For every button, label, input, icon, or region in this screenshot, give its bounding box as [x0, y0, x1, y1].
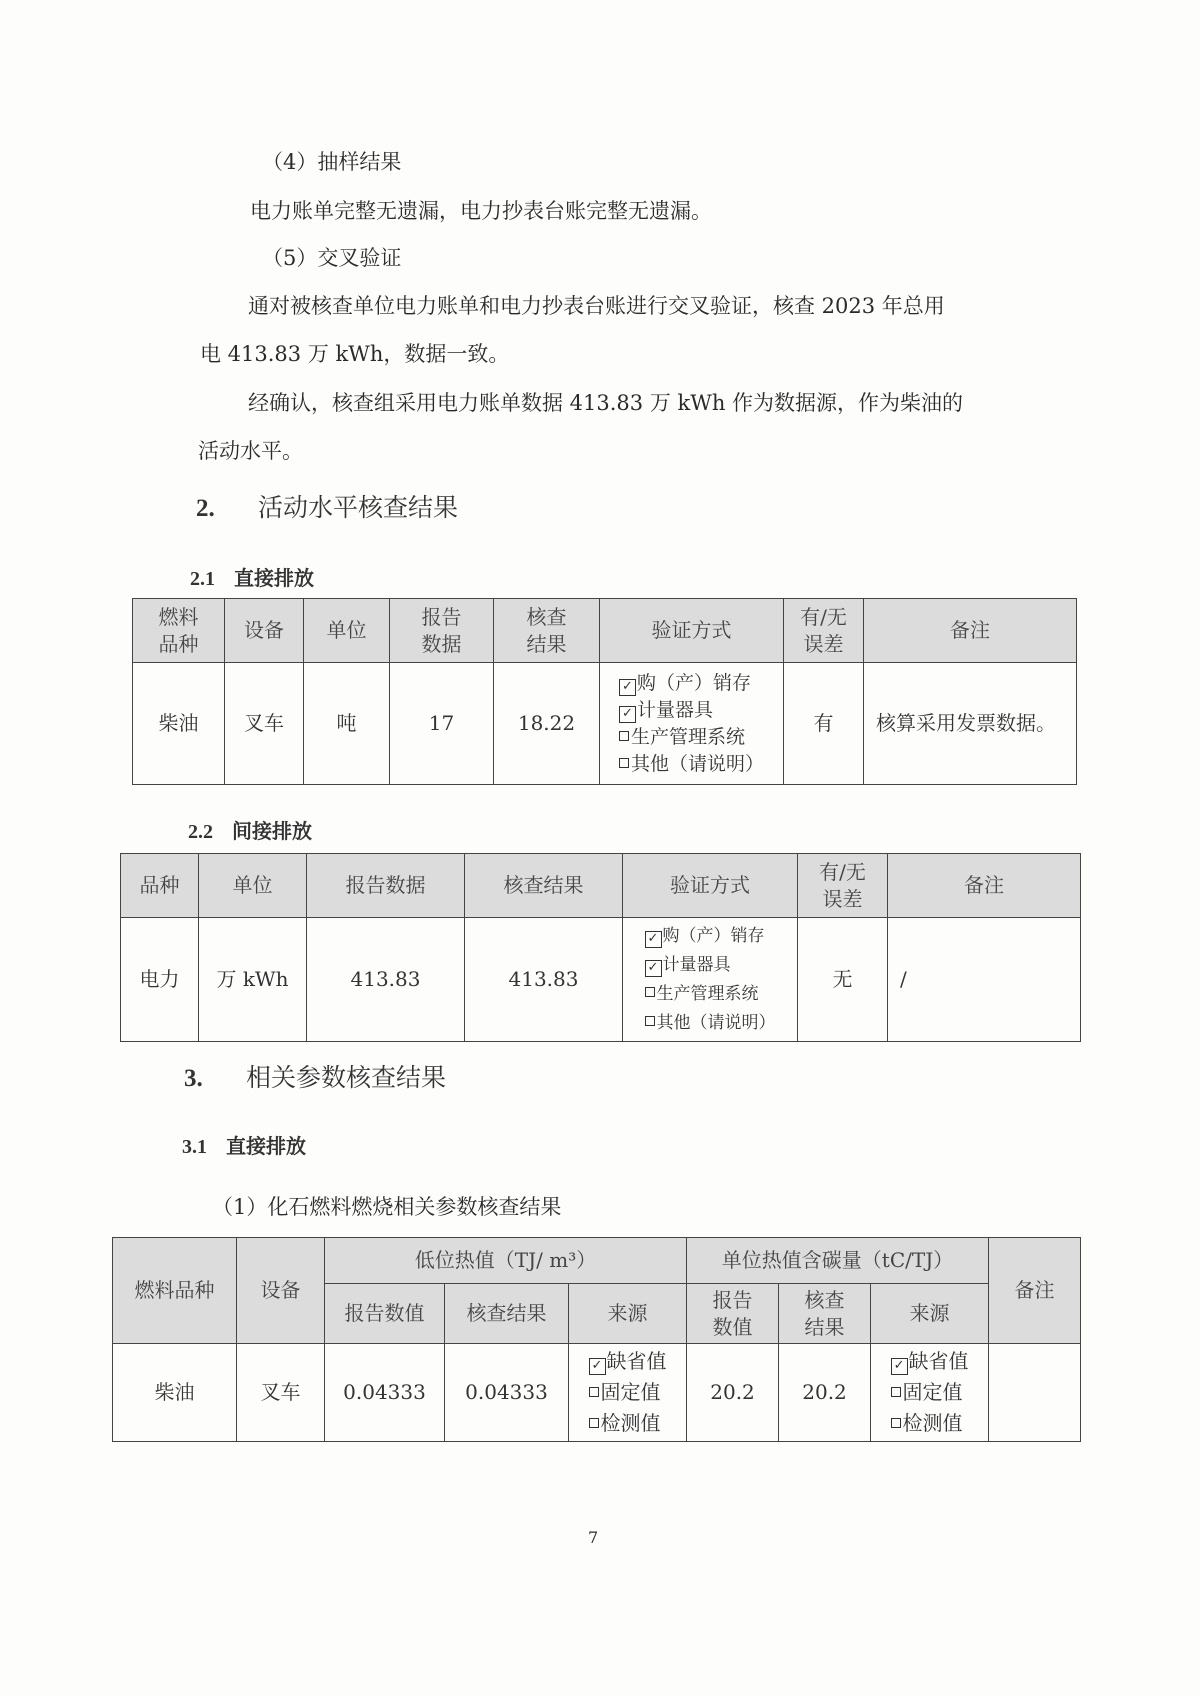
- table-header-row: 燃料品种 设备 单位 报告数据 核查结果 验证方式 有/无误差 备注: [133, 599, 1077, 663]
- subsection-title: 直接排放: [234, 566, 314, 590]
- header-fuel-type: 燃料品种: [113, 1238, 237, 1344]
- checkbox-unchecked-icon: [589, 1418, 599, 1428]
- subsection-heading-direct-emission-params: 3.1直接排放: [182, 1130, 306, 1159]
- header-reported-data: 报告数据: [390, 599, 494, 663]
- cell-cc-source: ✓缺省值 固定值 检测值: [871, 1344, 989, 1442]
- cell-reported: 413.83: [307, 918, 465, 1042]
- header-ncv-reported: 报告数值: [325, 1284, 445, 1344]
- header-verification-method: 验证方式: [600, 599, 784, 663]
- method-option: ✓购（产）销存: [645, 922, 776, 951]
- subsection-number: 2.2: [188, 821, 232, 844]
- cell-verified: 18.22: [494, 663, 600, 785]
- cell-cc-verified: 20.2: [779, 1344, 871, 1442]
- method-option: 其他（请说明）: [619, 751, 764, 778]
- header-note: 备注: [864, 599, 1077, 663]
- header-unit: 单位: [304, 599, 390, 663]
- cell-error: 有: [784, 663, 864, 785]
- cell-verified: 413.83: [465, 918, 623, 1042]
- header-equipment: 设备: [237, 1238, 325, 1344]
- section-title: 活动水平核查结果: [258, 493, 458, 522]
- header-verification-method: 验证方式: [623, 854, 798, 918]
- header-fuel-type: 燃料品种: [133, 599, 225, 663]
- subsection-number: 2.1: [190, 568, 234, 591]
- checkbox-unchecked-icon: [645, 1016, 655, 1026]
- header-verified-result: 核查结果: [494, 599, 600, 663]
- item-heading-fossil-fuel: （1）化石燃料燃烧相关参数核查结果: [212, 1192, 561, 1222]
- cell-type: 电力: [121, 918, 199, 1042]
- cell-note: [989, 1344, 1081, 1442]
- header-cc-source: 来源: [871, 1284, 989, 1344]
- cell-methods: ✓购（产）销存 ✓计量器具 生产管理系统 其他（请说明）: [600, 663, 784, 785]
- confirmation-text-line2: 活动水平。: [198, 436, 303, 466]
- cell-ncv-verified: 0.04333: [445, 1344, 569, 1442]
- header-reported-data: 报告数据: [307, 854, 465, 918]
- header-note: 备注: [888, 854, 1081, 918]
- indirect-emission-activity-table: 品种 单位 报告数据 核查结果 验证方式 有/无误差 备注 电力 万 kWh 4…: [120, 853, 1081, 1042]
- cross-validation-text-line2: 电 413.83 万 kWh，数据一致。: [200, 339, 509, 369]
- header-unit: 单位: [199, 854, 307, 918]
- source-option: 检测值: [891, 1408, 969, 1439]
- confirmation-text-line1: 经确认，核查组采用电力账单数据 413.83 万 kWh 作为数据源，作为柴油的: [248, 388, 963, 418]
- subheading-sampling-result: （4）抽样结果: [262, 147, 401, 177]
- header-error: 有/无误差: [798, 854, 888, 918]
- header-verified-result: 核查结果: [465, 854, 623, 918]
- header-carbon-content-group: 单位热值含碳量（tC/TJ）: [687, 1238, 989, 1284]
- header-equipment: 设备: [225, 599, 304, 663]
- method-option: 生产管理系统: [645, 980, 776, 1009]
- header-cc-reported: 报告数值: [687, 1284, 779, 1344]
- header-cc-verified: 核查结果: [779, 1284, 871, 1344]
- source-option: 固定值: [589, 1377, 667, 1408]
- header-ncv-verified: 核查结果: [445, 1284, 569, 1344]
- table-row: 电力 万 kWh 413.83 413.83 ✓购（产）销存 ✓计量器具 生产管…: [121, 918, 1081, 1042]
- checkbox-unchecked-icon: [589, 1387, 599, 1397]
- header-note: 备注: [989, 1238, 1081, 1344]
- cell-error: 无: [798, 918, 888, 1042]
- cell-note: /: [888, 918, 1081, 1042]
- cell-equipment: 叉车: [225, 663, 304, 785]
- cell-ncv-source: ✓缺省值 固定值 检测值: [569, 1344, 687, 1442]
- method-option: ✓计量器具: [619, 697, 764, 724]
- method-option: ✓购（产）销存: [619, 670, 764, 697]
- source-option: 固定值: [891, 1377, 969, 1408]
- checkbox-unchecked-icon: [619, 731, 629, 741]
- fossil-fuel-parameters-table: 燃料品种 设备 低位热值（TJ/ m³） 单位热值含碳量（tC/TJ） 备注 报…: [112, 1237, 1081, 1442]
- table-header-row: 燃料品种 设备 低位热值（TJ/ m³） 单位热值含碳量（tC/TJ） 备注: [113, 1238, 1081, 1284]
- checkbox-unchecked-icon: [619, 758, 629, 768]
- cell-fuel: 柴油: [113, 1344, 237, 1442]
- source-option: ✓缺省值: [891, 1346, 969, 1377]
- cell-reported: 17: [390, 663, 494, 785]
- header-ncv-source: 来源: [569, 1284, 687, 1344]
- checkbox-checked-icon: ✓: [645, 931, 662, 948]
- method-option: ✓计量器具: [645, 951, 776, 980]
- subsection-heading-direct-emission: 2.1直接排放: [190, 562, 314, 591]
- section-number: 2.: [196, 495, 258, 523]
- cross-validation-text-line1: 通对被核查单位电力账单和电力抄表台账进行交叉验证，核查 2023 年总用: [248, 291, 945, 321]
- subsection-title: 间接排放: [232, 819, 312, 843]
- table-header-row: 品种 单位 报告数据 核查结果 验证方式 有/无误差 备注: [121, 854, 1081, 918]
- subsection-title: 直接排放: [226, 1134, 306, 1158]
- cell-note: 核算采用发票数据。: [864, 663, 1077, 785]
- checkbox-checked-icon: ✓: [619, 679, 636, 696]
- cell-unit: 万 kWh: [199, 918, 307, 1042]
- cell-ncv-reported: 0.04333: [325, 1344, 445, 1442]
- checkbox-checked-icon: ✓: [589, 1358, 606, 1375]
- page-number: 7: [588, 1528, 598, 1547]
- source-option: 检测值: [589, 1408, 667, 1439]
- checkbox-checked-icon: ✓: [645, 960, 662, 977]
- subsection-number: 3.1: [182, 1136, 226, 1159]
- checkbox-unchecked-icon: [891, 1387, 901, 1397]
- direct-emission-activity-table: 燃料品种 设备 单位 报告数据 核查结果 验证方式 有/无误差 备注 柴油 叉车…: [132, 598, 1077, 785]
- subsection-heading-indirect-emission: 2.2间接排放: [188, 815, 312, 844]
- table-row: 柴油 叉车 0.04333 0.04333 ✓缺省值 固定值 检测值 20.2 …: [113, 1344, 1081, 1442]
- cell-fuel: 柴油: [133, 663, 225, 785]
- table-row: 柴油 叉车 吨 17 18.22 ✓购（产）销存 ✓计量器具 生产管理系统 其他…: [133, 663, 1077, 785]
- section-number: 3.: [184, 1065, 246, 1093]
- section-heading-activity-level: 2.活动水平核查结果: [196, 488, 458, 524]
- cell-cc-reported: 20.2: [687, 1344, 779, 1442]
- source-option: ✓缺省值: [589, 1346, 667, 1377]
- header-ncv-group: 低位热值（TJ/ m³）: [325, 1238, 687, 1284]
- method-option: 其他（请说明）: [645, 1009, 776, 1038]
- checkbox-checked-icon: ✓: [891, 1358, 908, 1375]
- method-option: 生产管理系统: [619, 724, 764, 751]
- section-heading-parameters: 3.相关参数核查结果: [184, 1058, 446, 1094]
- checkbox-unchecked-icon: [645, 987, 655, 997]
- cell-equipment: 叉车: [237, 1344, 325, 1442]
- header-error: 有/无误差: [784, 599, 864, 663]
- sampling-result-text: 电力账单完整无遗漏，电力抄表台账完整无遗漏。: [250, 196, 712, 226]
- header-type: 品种: [121, 854, 199, 918]
- checkbox-unchecked-icon: [891, 1418, 901, 1428]
- subheading-cross-validation: （5）交叉验证: [262, 243, 401, 273]
- section-title: 相关参数核查结果: [246, 1063, 446, 1092]
- cell-methods: ✓购（产）销存 ✓计量器具 生产管理系统 其他（请说明）: [623, 918, 798, 1042]
- cell-unit: 吨: [304, 663, 390, 785]
- checkbox-checked-icon: ✓: [619, 706, 636, 723]
